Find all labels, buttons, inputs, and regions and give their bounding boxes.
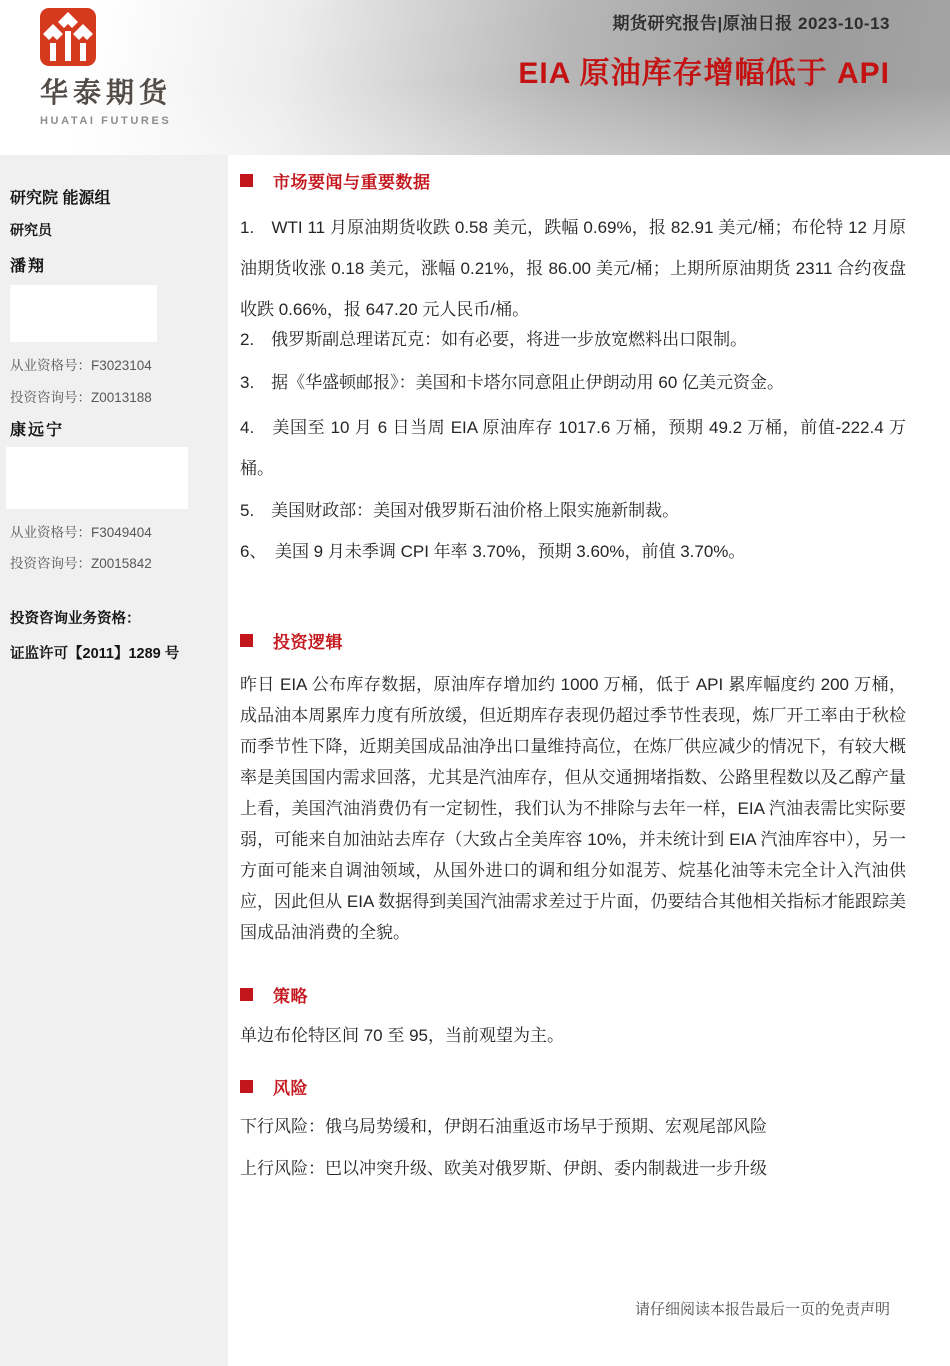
section-heading-strategy: 策略	[240, 982, 308, 1007]
section-title: 投资逻辑	[273, 628, 343, 653]
report-page: 期货研究报告|原油日报 2023-10-13 EIA 原油库存增幅低于 API …	[0, 0, 950, 1366]
news-item-6: 6、 美国 9 月未季调 CPI 年率 3.70%，预期 3.60%，前值 3.…	[240, 531, 906, 572]
section-title: 策略	[273, 982, 308, 1007]
qualification-label: 投资咨询业务资格：	[10, 607, 141, 628]
signature-box	[10, 285, 157, 342]
red-square-bullet-icon	[240, 634, 253, 647]
signature-box	[6, 447, 188, 509]
sidebar: 研究院 能源组 研究员 潘翔 从业资格号：F3023104 投资咨询号：Z001…	[0, 155, 228, 1366]
advisory-number: 投资咨询号：Z0013188	[10, 386, 152, 406]
practice-number: 从业资格号：F3023104	[10, 354, 152, 374]
section-title: 市场要闻与重要数据	[273, 168, 431, 193]
news-item-5: 5. 美国财政部：美国对俄罗斯石油价格上限实施新制裁。	[240, 490, 906, 531]
strategy-text: 单边布伦特区间 70 至 95，当前观望为主。	[240, 1024, 906, 1048]
page-title: EIA 原油库存增幅低于 API	[518, 48, 890, 92]
section-heading-logic: 投资逻辑	[240, 628, 343, 653]
logo-name-cn: 华泰期货	[40, 71, 230, 111]
research-team-label: 研究院 能源组	[10, 185, 110, 208]
section-heading-risk: 风险	[240, 1074, 308, 1099]
company-logo: 华泰期货 HUATAI FUTURES	[40, 8, 230, 127]
red-square-bullet-icon	[240, 1080, 253, 1093]
report-type-line: 期货研究报告|原油日报 2023-10-13	[613, 9, 890, 34]
risk-downside: 下行风险：俄乌局势缓和，伊朗石油重返市场早于预期、宏观尾部风险	[240, 1115, 906, 1139]
logo-name-en: HUATAI FUTURES	[40, 115, 230, 127]
disclaimer-note: 请仔细阅读本报告最后一页的免责声明	[635, 1298, 890, 1319]
analyst-name: 潘翔	[10, 253, 46, 276]
news-item-2: 2. 俄罗斯副总理诺瓦克：如有必要，将进一步放宽燃料出口限制。	[240, 319, 906, 360]
section-title: 风险	[273, 1074, 308, 1099]
red-square-bullet-icon	[240, 174, 253, 187]
news-item-3: 3. 据《华盛顿邮报》：美国和卡塔尔同意阻止伊朗动用 60 亿美元资金。	[240, 362, 906, 403]
practice-number: 从业资格号：F3049404	[10, 521, 152, 541]
risk-upside: 上行风险：巴以冲突升级、欧美对俄罗斯、伊朗、委内制裁进一步升级	[240, 1157, 906, 1181]
analyst-name: 康远宁	[10, 417, 64, 440]
advisory-number: 投资咨询号：Z0015842	[10, 552, 152, 572]
logic-paragraph: 昨日 EIA 公布库存数据，原油库存增加约 1000 万桶，低于 API 累库幅…	[240, 669, 906, 948]
news-item-1: 1. WTI 11 月原油期货收跌 0.58 美元，跌幅 0.69%，报 82.…	[240, 207, 906, 330]
section-heading-market: 市场要闻与重要数据	[240, 168, 431, 193]
researcher-label: 研究员	[10, 220, 52, 240]
main-content: 市场要闻与重要数据 1. WTI 11 月原油期货收跌 0.58 美元，跌幅 0…	[240, 155, 906, 1366]
huatai-logo-icon	[40, 8, 96, 66]
news-item-4: 4. 美国至 10 月 6 日当周 EIA 原油库存 1017.6 万桶，预期 …	[240, 407, 906, 489]
qualification-number: 证监许可【2011】1289 号	[10, 642, 179, 663]
red-square-bullet-icon	[240, 988, 253, 1001]
